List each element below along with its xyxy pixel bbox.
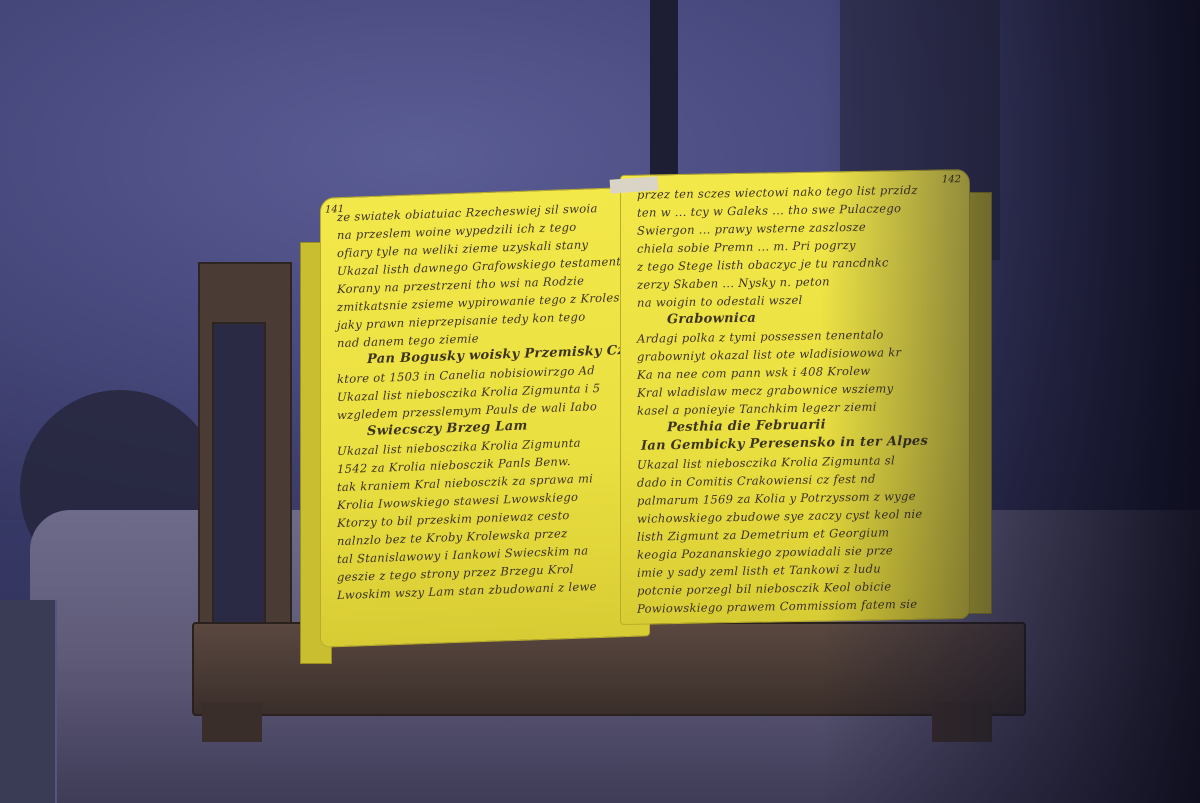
shadow-overlay [820,0,1200,803]
side-object [0,600,57,803]
dark-pillar [650,0,678,190]
left-page: 141 ze swiatek obiatuiac Rzecheswiej sil… [320,186,650,648]
stand-frame-opening [212,322,266,626]
stand-foot-left [202,702,262,742]
